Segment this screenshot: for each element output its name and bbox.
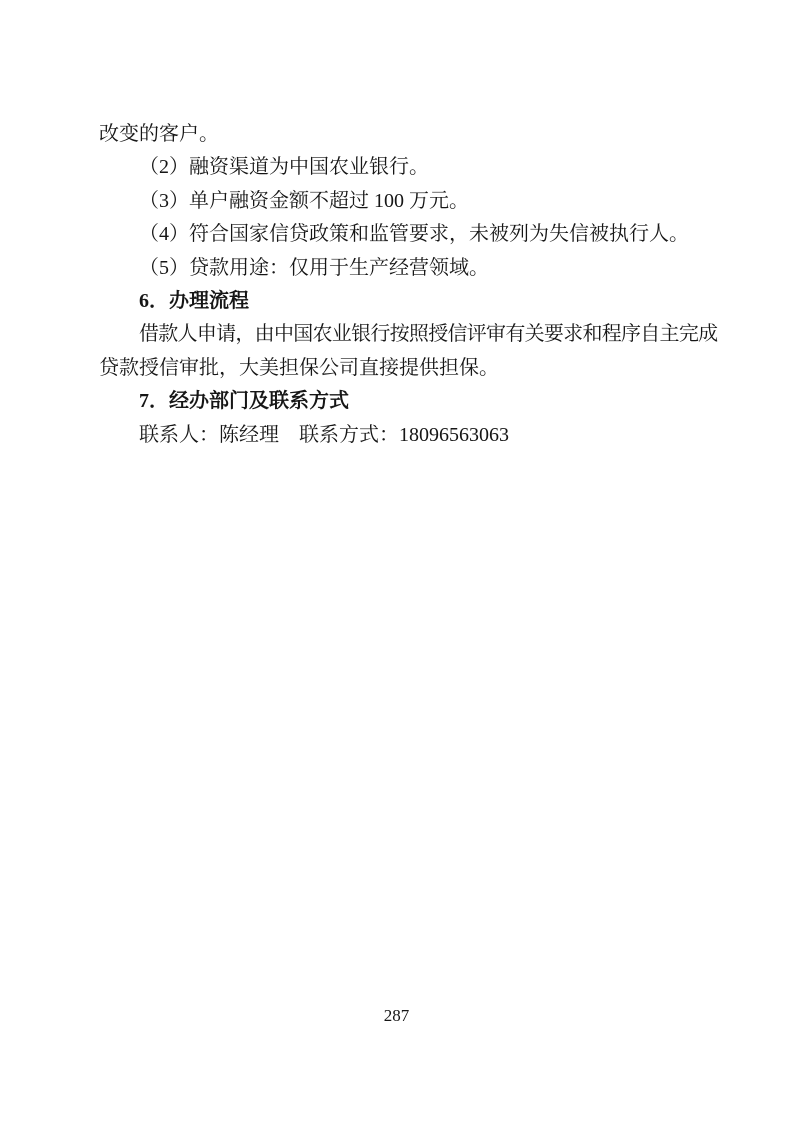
- list-item-4: （4）符合国家信贷政策和监管要求，未被列为失信被执行人。: [99, 218, 700, 251]
- contact-line: 联系人：陈经理 联系方式：18096563063: [99, 419, 700, 452]
- list-item-3: （3）单户融资金额不超过 100 万元。: [99, 185, 700, 218]
- paragraph-line-2: 贷款授信审批，大美担保公司直接提供担保。: [99, 352, 700, 385]
- list-item-5: （5）贷款用途：仅用于生产经营领域。: [99, 252, 700, 285]
- list-item-2: （2）融资渠道为中国农业银行。: [99, 151, 700, 184]
- paragraph-continuation: 改变的客户。: [99, 118, 700, 151]
- document-page: 改变的客户。 （2）融资渠道为中国农业银行。 （3）单户融资金额不超过 100 …: [0, 0, 793, 1122]
- section-heading-7: 7．经办部门及联系方式: [99, 385, 700, 418]
- page-number: 287: [0, 1004, 793, 1028]
- paragraph-line-1: 借款人申请，由中国农业银行按照授信评审有关要求和程序自主完成: [99, 318, 700, 351]
- section-heading-6: 6．办理流程: [99, 285, 700, 318]
- document-body: 改变的客户。 （2）融资渠道为中国农业银行。 （3）单户融资金额不超过 100 …: [99, 118, 700, 452]
